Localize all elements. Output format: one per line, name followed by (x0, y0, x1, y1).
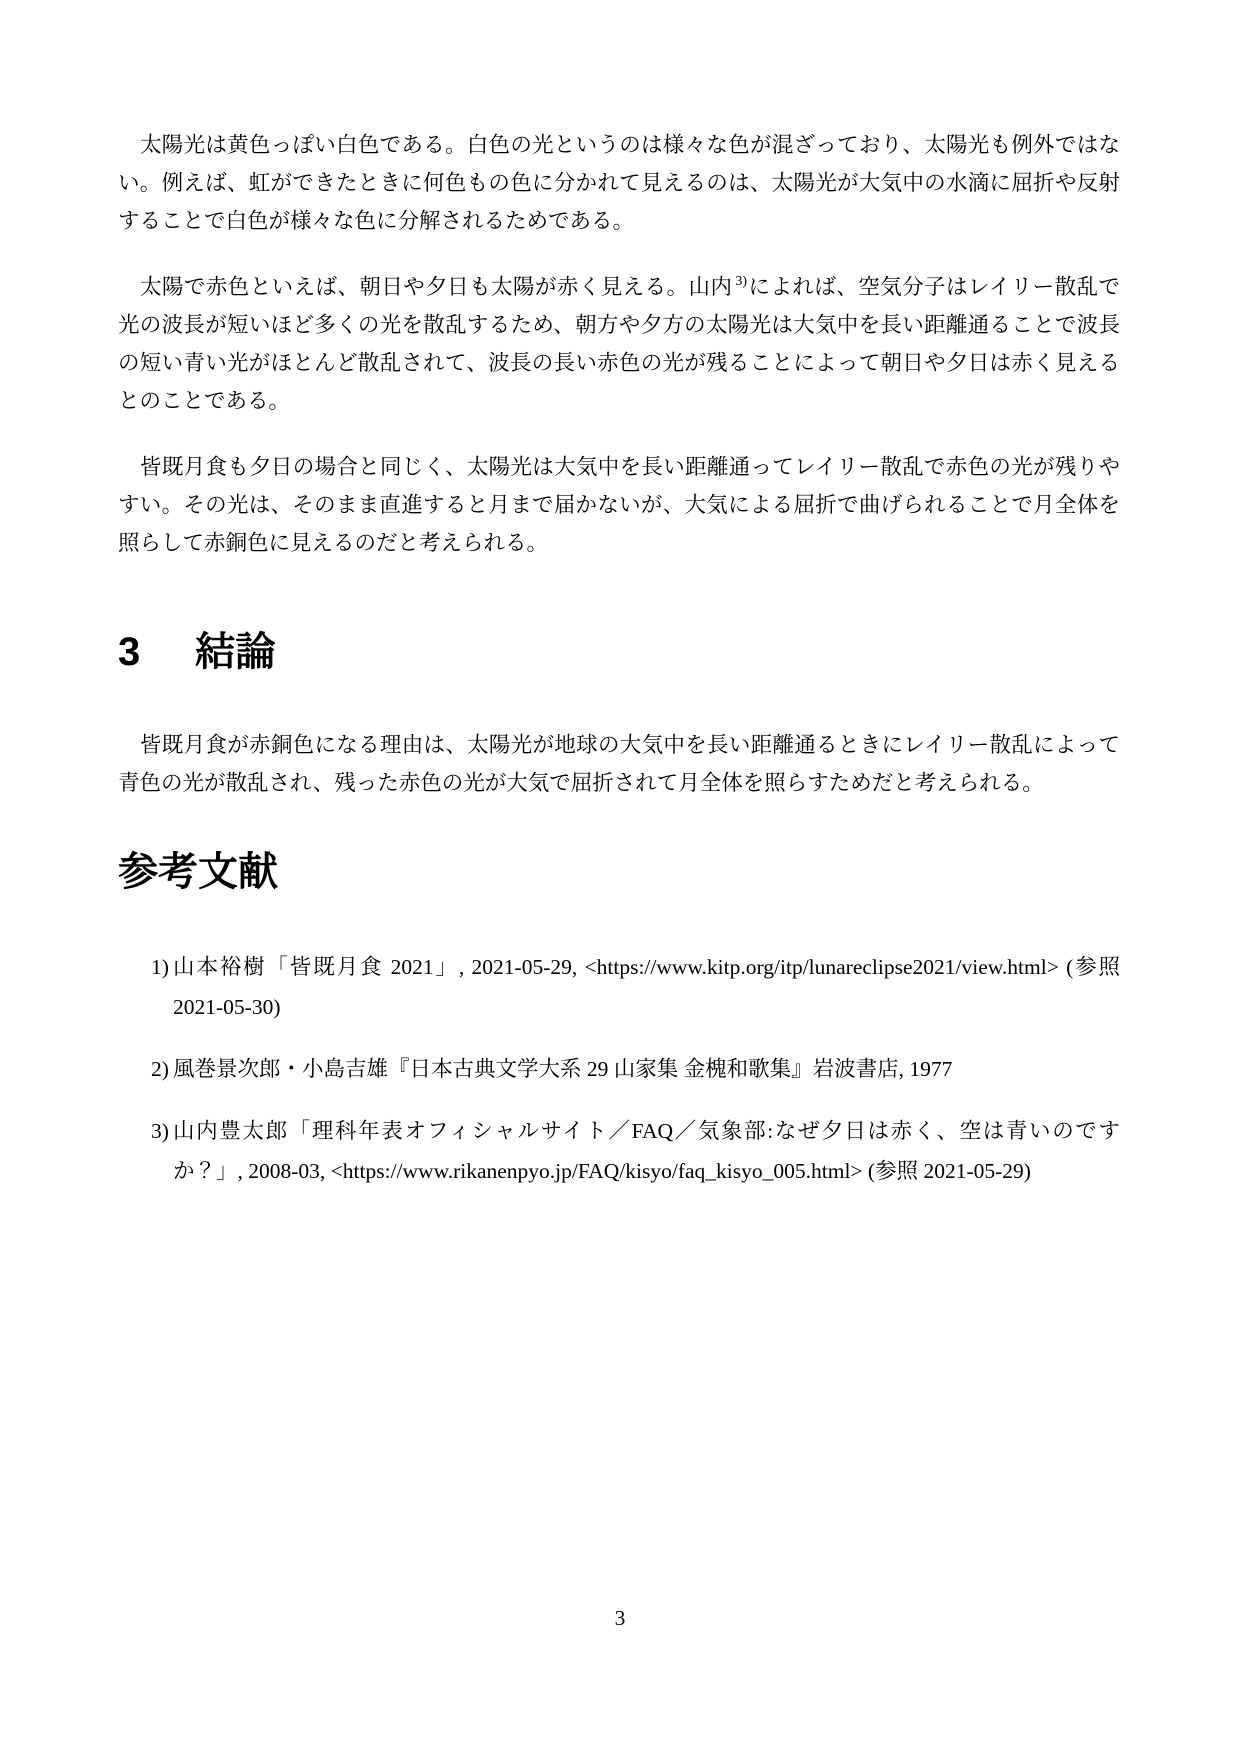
page-number: 3 (615, 1606, 626, 1630)
section-heading-conclusion: 3 結論 (118, 630, 1120, 674)
reference-number-3: 3) (151, 1111, 169, 1151)
reference-number-1: 1) (151, 947, 169, 987)
references-heading: 参考文献 (118, 850, 1120, 894)
citation-superscript-3: 3) (735, 274, 747, 289)
reference-number-2: 2) (151, 1049, 169, 1089)
reference-text-2: 風巻景次郎・小島吉雄『日本古典文学大系 29 山家集 金槐和歌集』岩波書店, 1… (173, 1057, 952, 1081)
reference-item-1: 1) 山本裕樹「皆既月食 2021」, 2021-05-29, <https:/… (118, 947, 1120, 1027)
reference-accessed-date-3: (参照 2021-05-29) (863, 1159, 1031, 1183)
references-list: 1) 山本裕樹「皆既月食 2021」, 2021-05-29, <https:/… (118, 947, 1120, 1191)
page-footer: 3 (0, 1603, 1240, 1633)
document-body: 太陽光は黄色っぽい白色である。白色の光というのは様々な色が混ざっており、太陽光も… (118, 0, 1120, 1213)
reference-text-1: 山本裕樹「皆既月食 2021」, 2021-05-29, (173, 955, 577, 979)
section-title: 結論 (195, 630, 275, 674)
reference-url-1: <https://www.kitp.org/itp/lunareclipse20… (585, 955, 1059, 979)
paragraph-conclusion: 皆既月食が赤銅色になる理由は、太陽光が地球の大気中を長い距離通るときにレイリー散… (118, 726, 1120, 802)
reference-item-2: 2) 風巻景次郎・小島吉雄『日本古典文学大系 29 山家集 金槐和歌集』岩波書店… (118, 1049, 1120, 1089)
paragraph-text-before-citation: 太陽で赤色といえば、朝日や夕日も太陽が赤く見える。山内 (140, 275, 732, 299)
paragraph-lunar-eclipse-color: 皆既月食も夕日の場合と同じく、太陽光は大気中を長い距離通ってレイリー散乱で赤色の… (118, 448, 1120, 562)
document-page: 太陽光は黄色っぽい白色である。白色の光というのは様々な色が混ざっており、太陽光も… (0, 0, 1240, 1753)
paragraph-sunlight-white: 太陽光は黄色っぽい白色である。白色の光というのは様々な色が混ざっており、太陽光も… (118, 126, 1120, 240)
paragraph-red-sun-rayleigh: 太陽で赤色といえば、朝日や夕日も太陽が赤く見える。山内3)によれば、空気分子はレ… (118, 268, 1120, 420)
reference-item-3: 3) 山内豊太郎「理科年表オフィシャルサイト／FAQ／気象部:なぜ夕日は赤く、空… (118, 1111, 1120, 1191)
section-number: 3 (118, 630, 140, 674)
reference-url-3: <https://www.rikanenpyo.jp/FAQ/kisyo/faq… (331, 1159, 863, 1183)
